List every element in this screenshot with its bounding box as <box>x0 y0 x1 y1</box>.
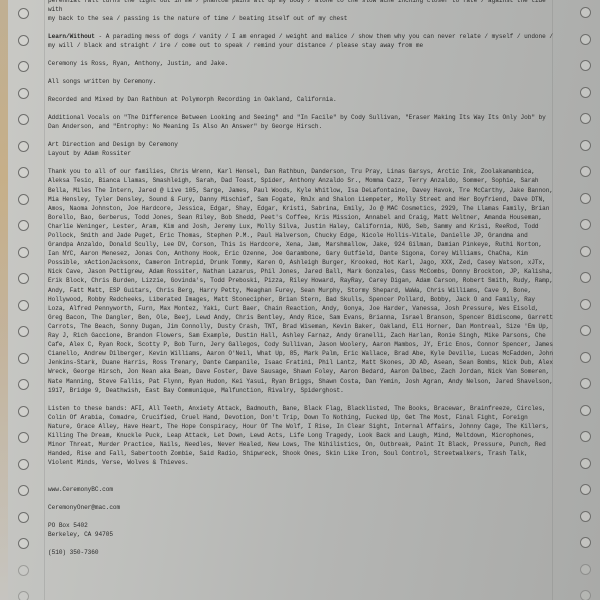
perforation-hole-icon <box>580 537 591 548</box>
additional-vocals-credit: Additional Vocals on "The Difference Bet… <box>48 113 553 131</box>
art-direction-credit: Art Direction and Design by Ceremony <box>48 140 553 149</box>
songwriting-credit: All songs written by Ceremony. <box>48 77 553 86</box>
design-credits: Art Direction and Design by Ceremony Lay… <box>48 140 553 158</box>
perforation-hole-icon <box>580 246 591 257</box>
perforation-hole-icon <box>580 564 591 575</box>
listen-to-bands: Listen to these bands: AFI, All Teeth, A… <box>48 404 553 468</box>
website: www.CeremonyBC.com <box>48 485 553 494</box>
perforation-hole-icon <box>18 88 29 99</box>
perforation-hole-icon <box>18 141 29 152</box>
perforation-hole-icon <box>580 140 591 151</box>
song-lyrics: - A parading mess of dogs / vanity / I a… <box>48 33 553 49</box>
song-title: Learn/Without <box>48 33 95 40</box>
perforation-hole-icon <box>18 591 29 600</box>
perforation-hole-icon <box>580 590 591 600</box>
perforation-hole-icon <box>580 113 591 124</box>
liner-notes-page: perennial fall turns the light out in me… <box>48 0 553 566</box>
mailing-address: PO Box 5402 Berkeley, CA 94705 <box>48 521 553 539</box>
thank-you-list: Thank you to all of our families, Chris … <box>48 167 553 394</box>
perforation-hole-icon <box>580 166 591 177</box>
email: CeremonyOner@mac.com <box>48 503 553 512</box>
perforation-hole-icon <box>18 300 29 311</box>
perforation-hole-icon <box>18 353 29 364</box>
perforation-hole-icon <box>18 485 29 496</box>
perforation-hole-icon <box>580 34 591 45</box>
perforation-hole-icon <box>18 565 29 576</box>
address-line-1: PO Box 5402 <box>48 521 553 530</box>
phone-number: (510) 350-7360 <box>48 548 553 557</box>
perforation-hole-icon <box>580 325 591 336</box>
perforation-hole-icon <box>18 273 29 284</box>
perforation-hole-icon <box>580 378 591 389</box>
perforation-hole-icon <box>580 484 591 495</box>
perforation-hole-icon <box>580 60 591 71</box>
perforation-hole-icon <box>18 512 29 523</box>
perforation-hole-icon <box>18 220 29 231</box>
layout-credit: Layout by Adam Rossiter <box>48 149 553 158</box>
perforation-hole-icon <box>580 193 591 204</box>
right-perforation-strip <box>552 0 600 600</box>
perforation-hole-icon <box>580 272 591 283</box>
perforation-hole-icon <box>18 538 29 549</box>
perforation-hole-icon <box>18 326 29 337</box>
perforation-hole-icon <box>18 35 29 46</box>
perforation-hole-icon <box>18 379 29 390</box>
learn-without-lyrics: Learn/Without - A parading mess of dogs … <box>48 32 553 50</box>
address-line-2: Berkeley, CA 94705 <box>48 530 553 539</box>
perforation-hole-icon <box>580 219 591 230</box>
perforation-hole-icon <box>18 432 29 443</box>
perforation-hole-icon <box>580 352 591 363</box>
lyrics-line: perennial fall turns the light out in me… <box>48 0 553 14</box>
perforation-hole-icon <box>580 511 591 522</box>
perforation-hole-icon <box>18 167 29 178</box>
perforation-hole-icon <box>580 431 591 442</box>
perforation-hole-icon <box>18 194 29 205</box>
paper-edge <box>0 0 8 600</box>
perforation-hole-icon <box>18 8 29 19</box>
perforation-hole-icon <box>18 459 29 470</box>
recording-credit: Recorded and Mixed by Dan Rathbun at Pol… <box>48 95 553 104</box>
lyrics-tail: perennial fall turns the light out in me… <box>48 0 553 23</box>
perforation-hole-icon <box>18 114 29 125</box>
lyrics-line: my back to the sea / passing is the natu… <box>48 14 553 23</box>
perforation-hole-icon <box>18 406 29 417</box>
perforation-hole-icon <box>580 87 591 98</box>
perforation-hole-icon <box>18 61 29 72</box>
perforation-hole-icon <box>18 247 29 258</box>
band-members: Ceremony is Ross, Ryan, Anthony, Justin,… <box>48 59 553 68</box>
perforation-hole-icon <box>580 458 591 469</box>
perforation-hole-icon <box>580 299 591 310</box>
perforation-hole-icon <box>580 405 591 416</box>
perforation-hole-icon <box>580 7 591 18</box>
